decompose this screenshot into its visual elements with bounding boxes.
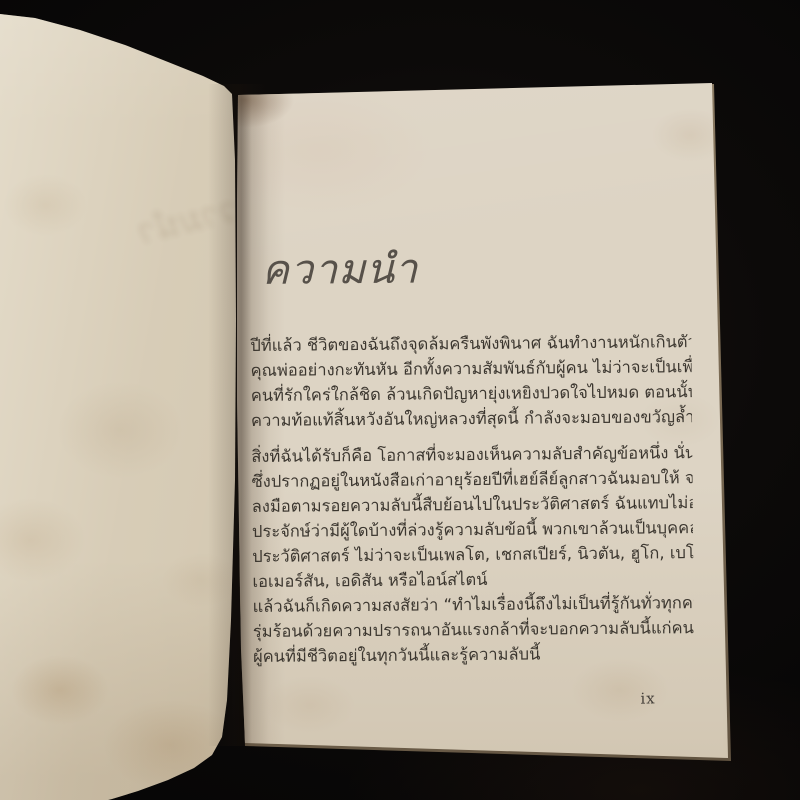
paragraph-1: ปีที่แล้ว ชีวิตของฉันถึงจุดล้มครืนพังพิน… [250, 329, 692, 433]
text-line: เอเมอร์สัน, เอดิสัน หรือไอน์สไตน์ [252, 565, 693, 594]
text-line: คุณพ่ออย่างกะทันหัน อีกทั้งความสัมพันธ์ก… [250, 354, 691, 383]
text-line: ประจักษ์ว่ามีผู้ใดบ้างที่ล่วงรู้ความลับข… [252, 515, 693, 544]
text-line: รุ่มร้อนด้วยความปรารถนาอันแรงกล้าที่จะบอ… [253, 615, 694, 644]
text-line: ความท้อแท้สิ้นหวังอันใหญ่หลวงที่สุดนี้ ก… [251, 404, 692, 433]
chapter-title: ความนำ [261, 237, 418, 303]
text-line: ปีที่แล้ว ชีวิตของฉันถึงจุดล้มครืนพังพิน… [250, 329, 691, 358]
text-line: ลงมือตามรอยความลับนี้สืบย้อนไปในประวัติศ… [252, 490, 693, 519]
text-line: สิ่งที่ฉันได้รับก็คือ โอกาสที่จะมองเห็นค… [251, 440, 692, 469]
text-line: คนที่รักใคร่ใกล้ชิด ล้วนเกิดปัญหายุ่งเหย… [251, 379, 692, 408]
paragraph-3: แล้วฉันก็เกิดความสงสัยว่า “ทำไมเรื่องนี้… [253, 590, 695, 669]
paragraph-2: สิ่งที่ฉันได้รับก็คือ โอกาสที่จะมองเห็นค… [251, 440, 693, 594]
text-line: ซึ่งปรากฏอยู่ในหนังสือเก่าอายุร้อยปีที่เ… [251, 465, 692, 494]
text-line: ประวัติศาสตร์ ไม่ว่าจะเป็นเพลโต, เชกสเปี… [252, 540, 693, 569]
text-line: แล้วฉันก็เกิดความสงสัยว่า “ทำไมเรื่องนี้… [253, 590, 694, 619]
book-photo: ความนำ ความนำ ปีที่แล้ว ชีวิตของฉันถึงจุ… [0, 0, 800, 800]
text-line: ผู้คนที่มีชีวิตอยู่ในทุกวันนี้และรู้ความ… [253, 640, 694, 669]
page-number: ix [640, 689, 655, 707]
